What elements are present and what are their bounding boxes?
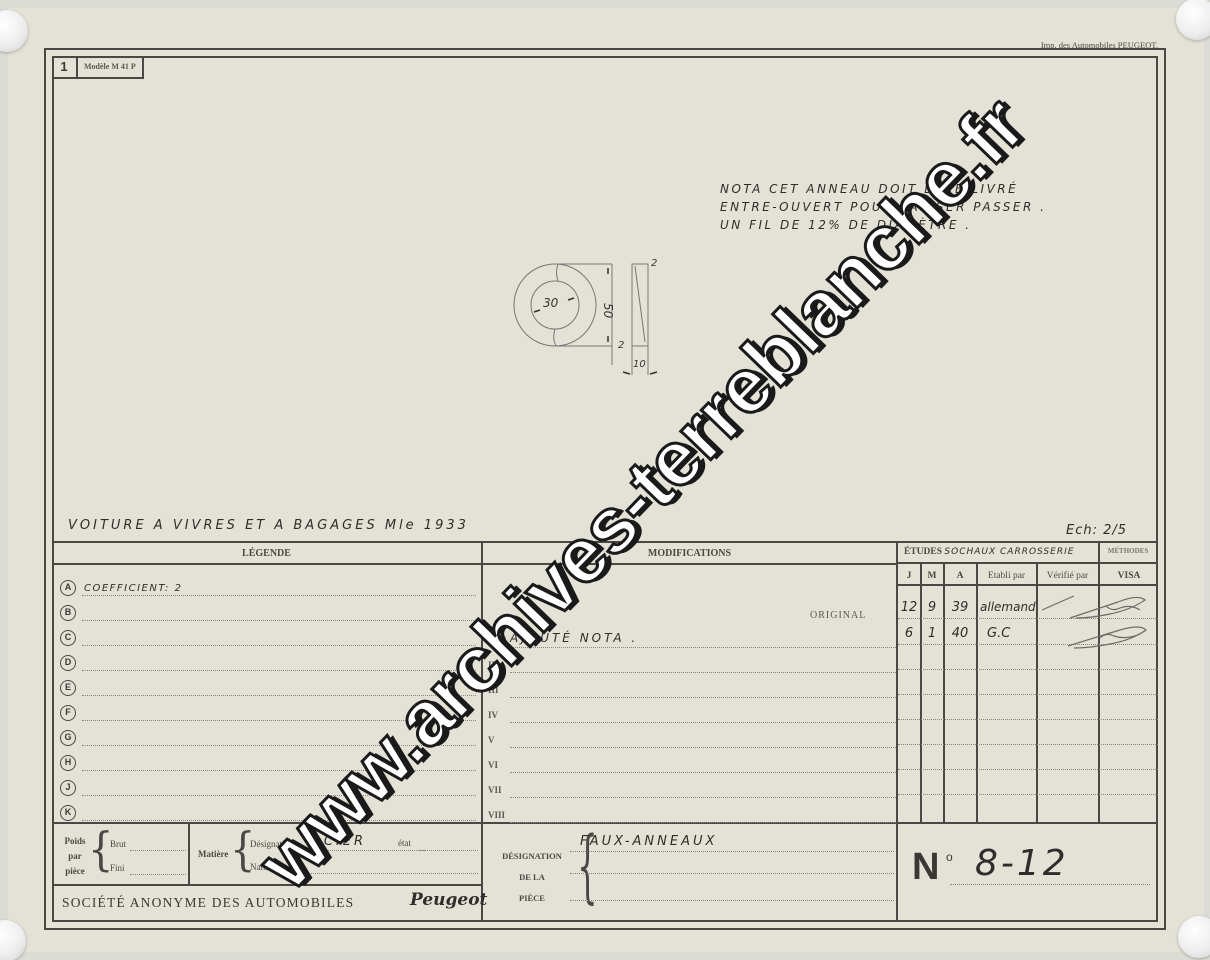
legend-letter: J bbox=[60, 780, 76, 796]
legend-value: COEFFICIENT: 2 bbox=[84, 583, 182, 594]
nota-line: NOTA CET ANNEAU DOIT ÊTRE LIVRÉ bbox=[720, 180, 1046, 198]
legend-line bbox=[82, 605, 476, 621]
legend-letter: C bbox=[60, 630, 76, 646]
etudes-col-header-rule bbox=[898, 584, 1158, 586]
modif-etudes-divider bbox=[896, 541, 898, 921]
svg-text:30: 30 bbox=[543, 296, 559, 310]
legend-letter: D bbox=[60, 655, 76, 671]
piece-label-line: PIÈCE bbox=[488, 888, 576, 909]
legend-modif-divider bbox=[481, 541, 483, 921]
modification-line bbox=[510, 730, 896, 748]
etudes-rule bbox=[898, 562, 1098, 564]
ring-drawing: 30 50 10 2 2 bbox=[500, 250, 680, 380]
legende-row: ACOEFFICIENT: 2 bbox=[60, 575, 476, 600]
row1-j: 12 bbox=[898, 600, 920, 615]
row-line bbox=[898, 719, 1158, 720]
modification-line bbox=[510, 805, 896, 823]
company-rule bbox=[52, 884, 482, 886]
etat-label: état bbox=[398, 838, 411, 848]
poids-label: Poids par pièce bbox=[62, 834, 88, 879]
numero-label: N bbox=[912, 846, 939, 889]
svg-text:10: 10 bbox=[633, 359, 646, 370]
svg-text:2: 2 bbox=[618, 340, 624, 351]
col-etabli: Etabli par bbox=[977, 571, 1036, 581]
model-box: 1 Modèle M 41 P bbox=[52, 56, 144, 79]
modification-row: VII bbox=[488, 773, 896, 798]
modification-numeral: VII bbox=[488, 785, 510, 798]
row-line bbox=[898, 669, 1158, 670]
legende-row: C bbox=[60, 625, 476, 650]
row-line bbox=[898, 694, 1158, 695]
poids-line: Poids bbox=[62, 834, 88, 849]
designation-line bbox=[305, 850, 425, 851]
legend-line bbox=[82, 730, 476, 746]
modification-row: II bbox=[488, 648, 896, 673]
legende-row: G bbox=[60, 725, 476, 750]
legende-row: J bbox=[60, 775, 476, 800]
poids-line: pièce bbox=[62, 864, 88, 879]
piece-line bbox=[570, 851, 894, 852]
legende-row: E bbox=[60, 675, 476, 700]
modification-row: VIII bbox=[488, 798, 896, 823]
fini-label: Fini bbox=[110, 863, 125, 873]
modification-numeral: VIII bbox=[488, 810, 510, 823]
etudes-header: ÉTUDES SOCHAUX CARROSSERIE bbox=[904, 547, 1074, 557]
row2-a: 40 bbox=[944, 626, 976, 641]
modification-row: III bbox=[488, 673, 896, 698]
row-line bbox=[898, 769, 1158, 770]
modification-line bbox=[510, 780, 896, 798]
drawing-title: VOITURE A VIVRES ET A BAGAGES Mle 1933 bbox=[68, 518, 469, 533]
legende-row: D bbox=[60, 650, 476, 675]
piece-label-line: DÉSIGNATION bbox=[488, 846, 576, 867]
modification-numeral: VI bbox=[488, 760, 510, 773]
etudes-site: SOCHAUX CARROSSERIE bbox=[944, 547, 1074, 557]
row1-a: 39 bbox=[944, 600, 976, 615]
modification-line bbox=[510, 705, 896, 723]
designation-label: Désignation bbox=[250, 839, 294, 849]
row-line bbox=[898, 794, 1158, 795]
drawing-number: 8-12 bbox=[975, 843, 1069, 884]
ring-sketch-icon: 30 50 10 2 2 bbox=[500, 250, 680, 380]
sheet-number: 1 bbox=[52, 56, 78, 77]
visa-signature-icon bbox=[1040, 588, 1158, 658]
legende-row: H bbox=[60, 750, 476, 775]
col-a: A bbox=[944, 571, 976, 581]
legende-header: LÉGENDE bbox=[52, 548, 481, 559]
peugeot-logo: Peugeot bbox=[410, 890, 487, 910]
nota-line: ENTRE-OUVERT POUR LAISSER PASSER . bbox=[720, 198, 1046, 216]
legend-letter: G bbox=[60, 730, 76, 746]
legend-letter: E bbox=[60, 680, 76, 696]
legend-line bbox=[82, 755, 476, 771]
section-header-rule bbox=[52, 563, 896, 565]
etudes-label: ÉTUDES bbox=[904, 547, 942, 557]
svg-text:50: 50 bbox=[601, 303, 615, 319]
methodes-rule bbox=[1100, 562, 1158, 564]
row2-m: 1 bbox=[921, 626, 943, 641]
modification-line bbox=[510, 680, 896, 698]
original-label: ORIGINAL bbox=[810, 610, 866, 621]
legend-line bbox=[82, 680, 476, 696]
row1-m: 9 bbox=[921, 600, 943, 615]
col-j: J bbox=[898, 571, 920, 581]
piece-label-line: DE LA bbox=[488, 867, 576, 888]
col-visa: VISA bbox=[1100, 571, 1158, 581]
row-line bbox=[898, 744, 1158, 745]
nature-label: Nature bbox=[250, 862, 275, 872]
part-name: FAUX-ANNEAUX bbox=[580, 834, 717, 849]
row2-etabli: G.C bbox=[977, 626, 1036, 641]
methodes-label: MÉTHODES bbox=[1100, 547, 1156, 555]
title-block-top-rule bbox=[52, 541, 1158, 543]
modification-row: V bbox=[488, 723, 896, 748]
modifications-header: MODIFICATIONS bbox=[483, 548, 896, 559]
modification-row: VI bbox=[488, 748, 896, 773]
legend-letter: B bbox=[60, 605, 76, 621]
modification-numeral: IV bbox=[488, 710, 510, 723]
poids-line: par bbox=[62, 849, 88, 864]
legend-line bbox=[82, 780, 476, 796]
legend-line bbox=[82, 655, 476, 671]
legende-row: F bbox=[60, 700, 476, 725]
nota-line: UN FIL DE 12% DE DIAMÈTRE . bbox=[720, 216, 1046, 234]
legende-row: B bbox=[60, 600, 476, 625]
legend-letter: H bbox=[60, 755, 76, 771]
legend-line bbox=[82, 805, 476, 821]
piece-line bbox=[570, 900, 894, 901]
modification-value: AJOUTÉ NOTA . bbox=[510, 631, 638, 645]
legend-letter: K bbox=[60, 805, 76, 821]
piece-line bbox=[570, 873, 894, 874]
svg-text:2: 2 bbox=[651, 258, 657, 269]
modification-numeral: II bbox=[488, 660, 510, 673]
col-verifie: Vérifié par bbox=[1037, 571, 1098, 581]
row2-j: 6 bbox=[898, 626, 920, 641]
brut-label: Brut bbox=[110, 839, 126, 849]
modification-row: IV bbox=[488, 698, 896, 723]
etat-line bbox=[418, 850, 478, 851]
designation-value: ACIER bbox=[312, 834, 366, 849]
poids-divider bbox=[188, 824, 190, 884]
legend-line: COEFFICIENT: 2 bbox=[82, 580, 476, 596]
numero-line bbox=[950, 884, 1150, 885]
row1-etabli: allemand bbox=[977, 600, 1041, 614]
nature-line bbox=[280, 873, 478, 874]
legend-letter: F bbox=[60, 705, 76, 721]
nota-text: NOTA CET ANNEAU DOIT ÊTRE LIVRÉ ENTRE-OU… bbox=[720, 180, 1046, 234]
modification-numeral: V bbox=[488, 735, 510, 748]
model-name: Modèle M 41 P bbox=[78, 56, 142, 77]
modification-line: AJOUTÉ NOTA . bbox=[510, 630, 896, 648]
legend-line bbox=[82, 705, 476, 721]
modification-line bbox=[510, 755, 896, 773]
legende-row: K bbox=[60, 800, 476, 825]
company-name: SOCIÉTÉ ANONYME DES AUTOMOBILES bbox=[62, 895, 354, 911]
modification-numeral: I bbox=[488, 631, 506, 649]
modification-row: IAJOUTÉ NOTA . bbox=[488, 623, 896, 648]
legend-letter: A bbox=[60, 580, 76, 596]
modification-line bbox=[510, 655, 896, 673]
brut-line bbox=[130, 850, 186, 851]
modification-numeral: III bbox=[488, 685, 510, 698]
numero-degree: o bbox=[946, 850, 953, 864]
fini-line bbox=[130, 874, 186, 875]
piece-label: DÉSIGNATION DE LA PIÈCE bbox=[488, 846, 576, 909]
matiere-label: Matière bbox=[198, 849, 228, 859]
drawing-scale: Ech: 2/5 bbox=[1066, 523, 1127, 538]
legend-line bbox=[82, 630, 476, 646]
col-m: M bbox=[921, 571, 943, 581]
